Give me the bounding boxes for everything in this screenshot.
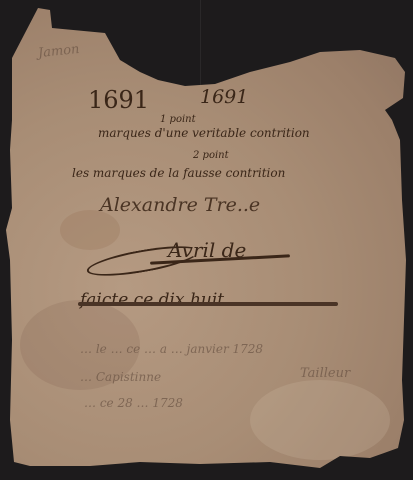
point-1-heading: 1 point (160, 114, 196, 125)
line-veritable-contrition: marques d'une veritable contrition (98, 126, 310, 140)
line-capistinne: … Capistinne (80, 370, 161, 384)
line-fausse-contrition: les marques de la fausse contrition (72, 166, 285, 180)
strikethrough-line (78, 302, 338, 306)
stain (250, 380, 390, 460)
date-right: 1691 (200, 86, 248, 108)
line-janvier: … le … ce … a … janvier 1728 (80, 342, 263, 356)
line-name: Alexandre Tre..e (100, 194, 260, 216)
line-tailleur: Tailleur (300, 366, 350, 381)
line-date-1728: … ce 28 … 1728 (84, 396, 183, 410)
date-left: 1691 (88, 86, 149, 114)
stain (60, 210, 120, 250)
line-struck-date: faicte ce dix huit (80, 290, 224, 310)
background-seam (200, 0, 201, 90)
point-2-heading: 2 point (193, 150, 229, 161)
